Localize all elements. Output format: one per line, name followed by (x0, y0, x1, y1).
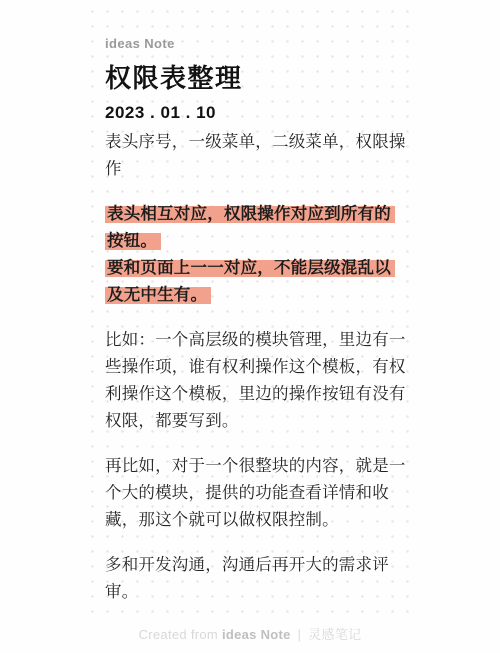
highlight-sentence-1: 表头相互对应，权限操作对应到所有的按钮。 (105, 205, 395, 250)
note-date: 2023 . 01 . 10 (105, 103, 406, 123)
watermark-separator: | (298, 627, 302, 642)
watermark-brand: ideas Note (222, 627, 291, 642)
watermark-footer: Created from ideas Note | 灵感笔记 (0, 624, 500, 643)
note-content: ideas Note 权限表整理 2023 . 01 . 10 表头序号，一级菜… (105, 36, 406, 624)
paragraph-example-module: 比如：一个高层级的模块管理，里边有一些操作项，谁有权利操作这个模板，有权利操作这… (105, 327, 406, 435)
note-title: 权限表整理 (105, 63, 406, 94)
watermark-created-from: Created from (139, 627, 218, 642)
app-brand-label: ideas Note (105, 36, 406, 51)
highlight-sentence-2: 要和页面上一一对应，不能层级混乱以及无中生有。 (105, 259, 395, 304)
paragraph-example-block: 再比如，对于一个很整块的内容，就是一个大的模块，提供的功能查看详情和收藏，那这个… (105, 453, 406, 534)
highlighted-paragraph: 表头相互对应，权限操作对应到所有的按钮。 要和页面上一一对应，不能层级混乱以及无… (105, 201, 406, 309)
note-page: ideas Note 权限表整理 2023 . 01 . 10 表头序号，一级菜… (0, 0, 500, 653)
watermark-brand-cn: 灵感笔记 (308, 627, 361, 642)
paragraph-communication: 多和开发沟通，沟通后再开大的需求评审。 (105, 552, 406, 606)
intro-paragraph: 表头序号，一级菜单，二级菜单，权限操作 (105, 129, 406, 183)
